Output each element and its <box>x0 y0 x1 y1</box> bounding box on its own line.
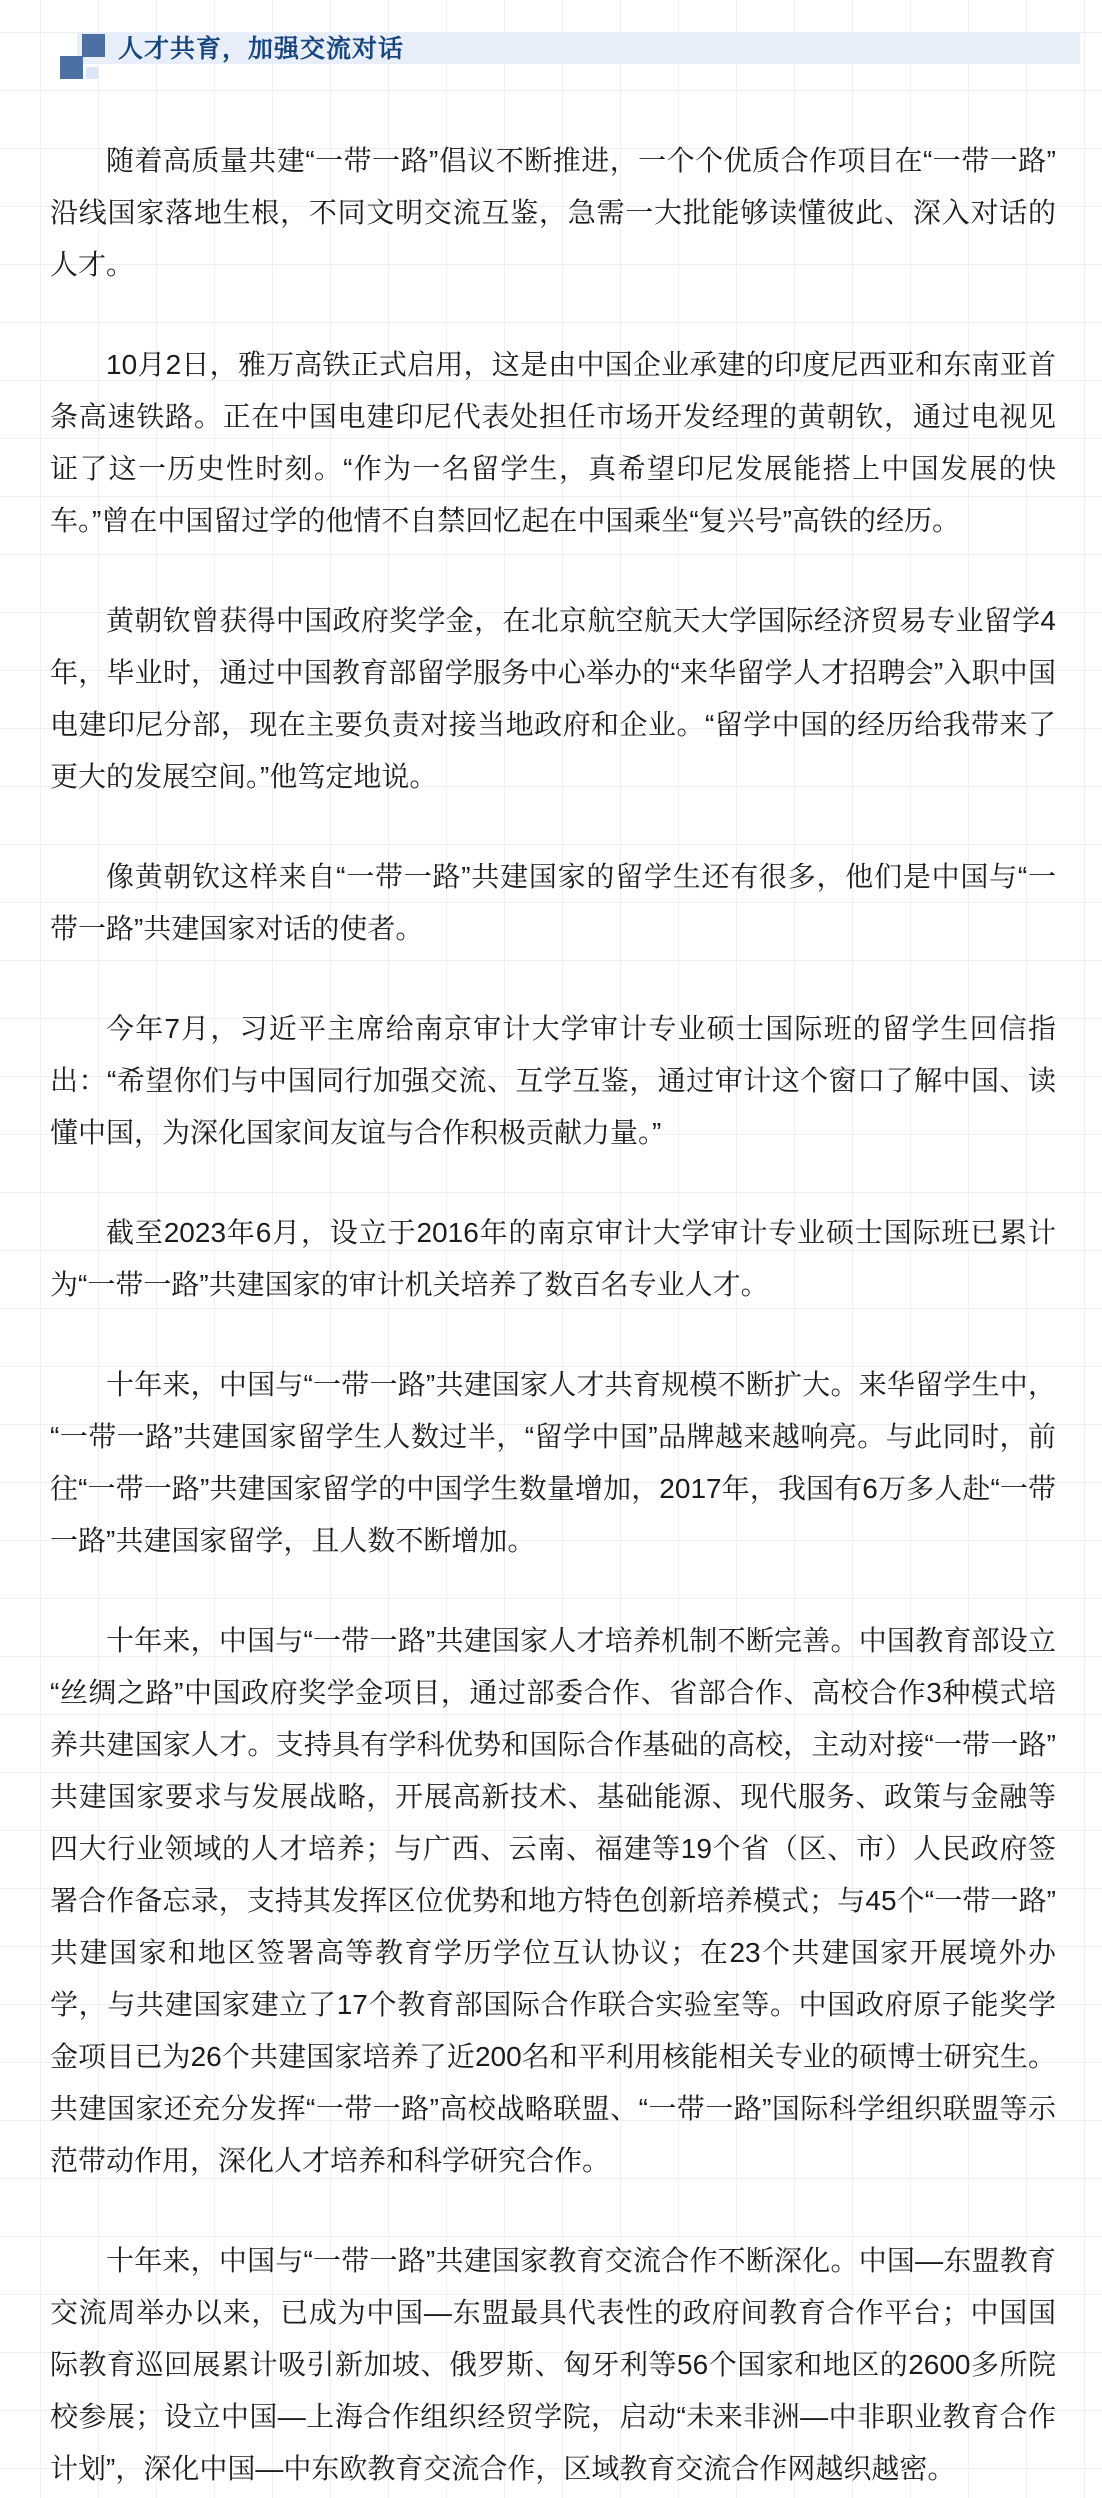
marker-square-light <box>86 67 98 79</box>
article-paragraph: 十年来，中国与“一带一路”共建国家人才共育规模不断扩大。来华留学生中，“一带一路… <box>50 1359 1056 1567</box>
article-paragraph: 十年来，中国与“一带一路”共建国家教育交流合作不断深化。中国—东盟教育交流周举办… <box>50 2235 1056 2495</box>
marker-square-top <box>82 34 105 57</box>
section-marker-icon <box>60 33 106 79</box>
article-paragraph: 今年7月，习近平主席给南京审计大学审计专业硕士国际班的留学生回信指出：“希望你们… <box>50 1003 1056 1159</box>
marker-square-bottom <box>60 56 83 79</box>
article-paragraph: 截至2023年6月，设立于2016年的南京审计大学审计专业硕士国际班已累计为“一… <box>50 1207 1056 1311</box>
page-title: 人才共育，加强交流对话 <box>118 33 404 65</box>
article-paragraph: 10月2日，雅万高铁正式启用，这是由中国企业承建的印度尼西亚和东南亚首条高速铁路… <box>50 339 1056 547</box>
article-page: { "theme": { "bg-color": "#ffffff", "gri… <box>0 0 1102 2498</box>
article-paragraph: 十年来，中国与“一带一路”共建国家人才培养机制不断完善。中国教育部设立“丝绸之路… <box>50 1615 1056 2187</box>
article-paragraph: 黄朝钦曾获得中国政府奖学金，在北京航空航天大学国际经济贸易专业留学4年，毕业时，… <box>50 595 1056 803</box>
article-paragraph: 像黄朝钦这样来自“一带一路”共建国家的留学生还有很多，他们是中国与“一带一路”共… <box>50 851 1056 955</box>
article-paragraph: 随着高质量共建“一带一路”倡议不断推进，一个个优质合作项目在“一带一路”沿线国家… <box>50 135 1056 291</box>
section-header: 人才共育，加强交流对话 <box>0 29 1102 77</box>
article-body: 随着高质量共建“一带一路”倡议不断推进，一个个优质合作项目在“一带一路”沿线国家… <box>0 135 1102 2495</box>
